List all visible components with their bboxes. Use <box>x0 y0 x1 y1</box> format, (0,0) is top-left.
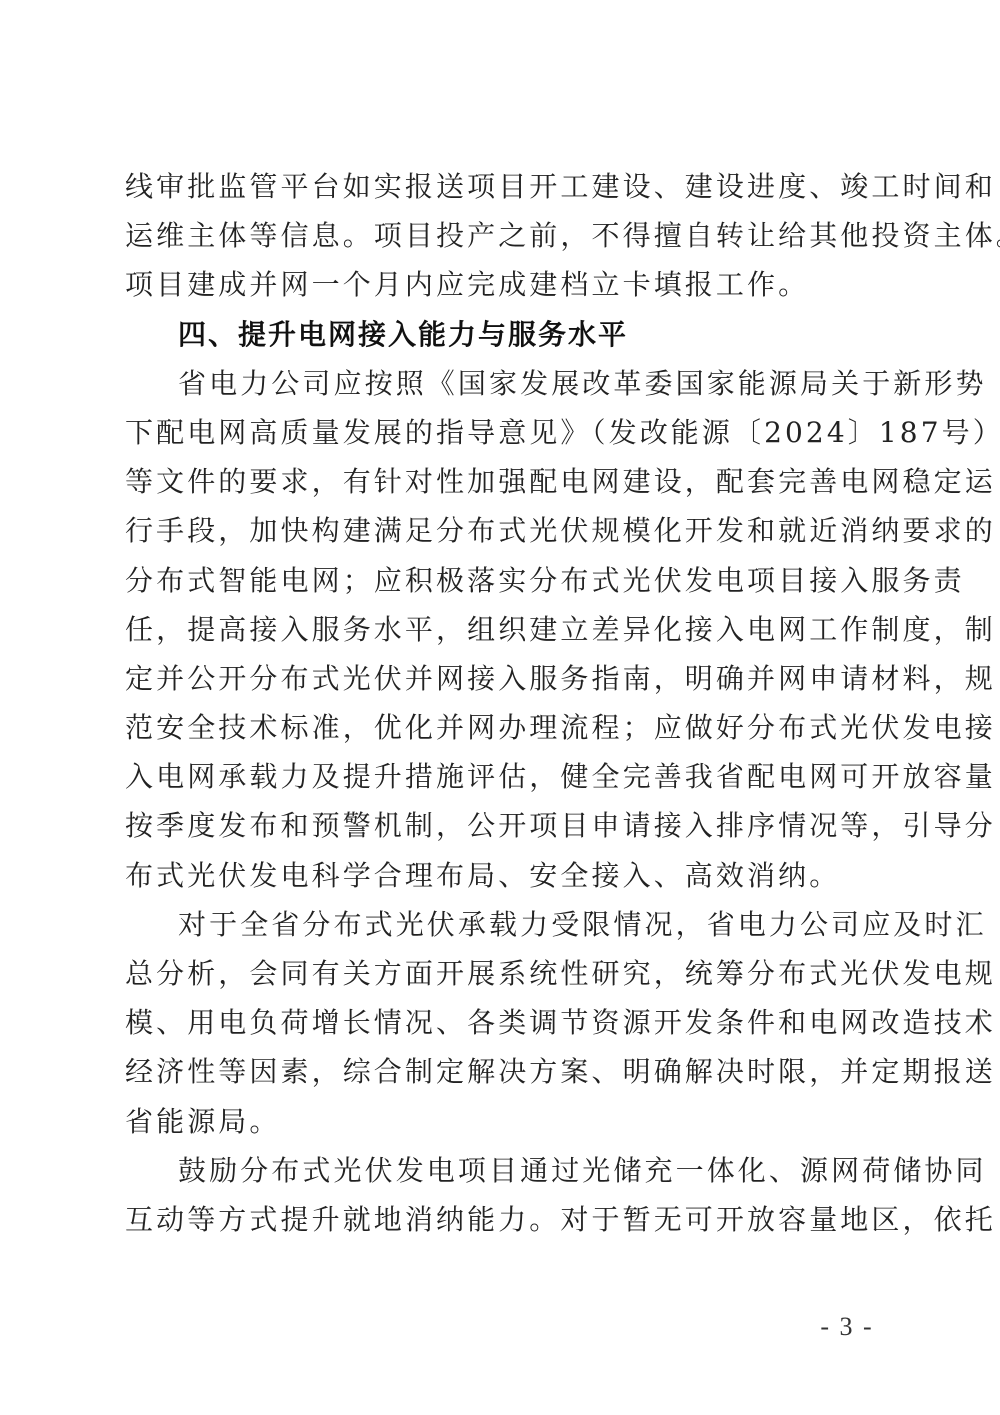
paragraph-2-line-8: 范安全技术标准，优化并网办理流程；应做好分布式光伏发电接 <box>125 703 877 752</box>
paragraph-1-line-3: 项目建成并网一个月内应完成建档立卡填报工作。 <box>125 260 877 309</box>
paragraph-3-line-3: 模、用电负荷增长情况、各类调节资源开发条件和电网改造技术 <box>125 998 877 1047</box>
paragraph-4-line-2: 互动等方式提升就地消纳能力。对于暂无可开放容量地区，依托 <box>125 1195 877 1244</box>
paragraph-2-line-4: 行手段，加快构建满足分布式光伏规模化开发和就近消纳要求的 <box>125 506 877 555</box>
paragraph-2-line-6: 任，提高接入服务水平，组织建立差异化接入电网工作制度，制 <box>125 605 877 654</box>
paragraph-2-line-3: 等文件的要求，有针对性加强配电网建设，配套完善电网稳定运 <box>125 457 877 506</box>
document-page: 线审批监管平台如实报送项目开工建设、建设进度、竣工时间和 运维主体等信息。项目投… <box>0 0 1000 1415</box>
paragraph-3-line-4: 经济性等因素，综合制定解决方案、明确解决时限，并定期报送 <box>125 1047 877 1096</box>
paragraph-2-line-10: 按季度发布和预警机制，公开项目申请接入排序情况等，引导分 <box>125 801 877 850</box>
paragraph-1-line-1: 线审批监管平台如实报送项目开工建设、建设进度、竣工时间和 <box>125 162 877 211</box>
paragraph-2-line-2: 下配电网高质量发展的指导意见》（发改能源〔2024〕187号） <box>125 408 877 457</box>
paragraph-4-line-1: 鼓励分布式光伏发电项目通过光储充一体化、源网荷储协同 <box>125 1146 877 1195</box>
paragraph-2-line-7: 定并公开分布式光伏并网接入服务指南，明确并网申请材料，规 <box>125 654 877 703</box>
paragraph-3-line-5: 省能源局。 <box>125 1097 877 1146</box>
paragraph-1-line-2: 运维主体等信息。项目投产之前，不得擅自转让给其他投资主体。 <box>125 211 877 260</box>
paragraph-2-line-9: 入电网承载力及提升措施评估，健全完善我省配电网可开放容量 <box>125 752 877 801</box>
section-heading: 四、提升电网接入能力与服务水平 <box>125 310 877 359</box>
document-body: 线审批监管平台如实报送项目开工建设、建设进度、竣工时间和 运维主体等信息。项目投… <box>125 162 877 1244</box>
paragraph-3-line-1: 对于全省分布式光伏承载力受限情况，省电力公司应及时汇 <box>125 900 877 949</box>
page-number: - 3 - <box>812 1312 882 1342</box>
paragraph-2-line-11: 布式光伏发电科学合理布局、安全接入、高效消纳。 <box>125 851 877 900</box>
paragraph-3-line-2: 总分析，会同有关方面开展系统性研究，统筹分布式光伏发电规 <box>125 949 877 998</box>
paragraph-2-line-5: 分布式智能电网；应积极落实分布式光伏发电项目接入服务责 <box>125 556 877 605</box>
paragraph-2-line-1: 省电力公司应按照《国家发展改革委国家能源局关于新形势 <box>125 359 877 408</box>
